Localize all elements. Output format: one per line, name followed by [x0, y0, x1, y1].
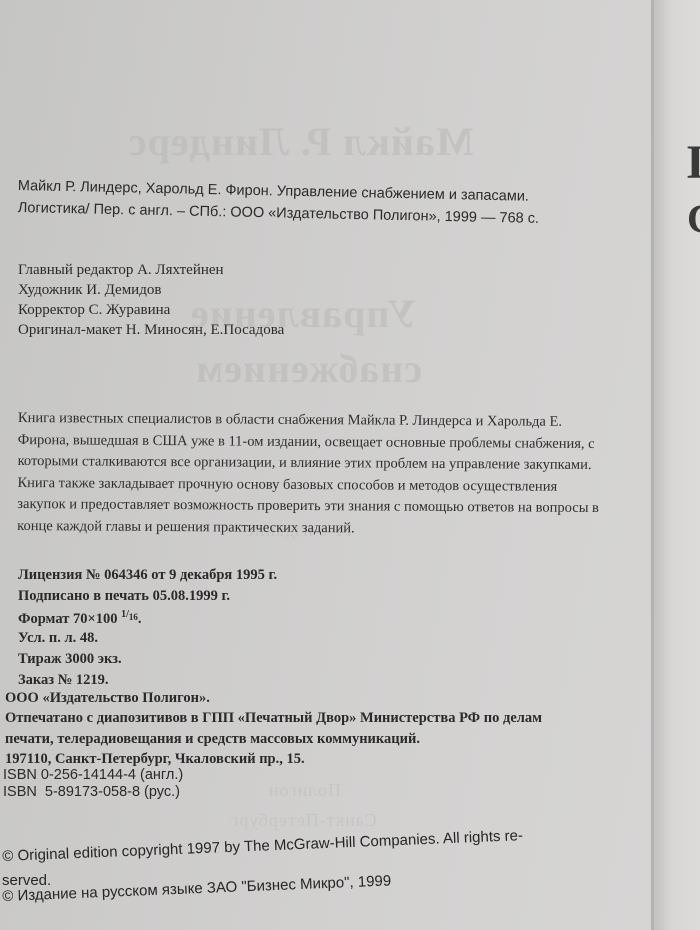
printed-sheets: Усл. п. л. 48. — [18, 630, 98, 647]
book-page: Майкл Р. Линдерс Управление снабжением 1… — [0, 0, 652, 930]
isbn-english: ISBN 0-256-14144-4 (англ.) — [3, 767, 183, 783]
print-run: Тираж 3000 экз. — [18, 651, 122, 668]
facing-page-glyph-1: I — [686, 135, 700, 190]
printed-by-line-2: печати, телерадиовещания и средств массо… — [5, 731, 420, 748]
copyright-russian: © Издание на русском языке ЗАО "Бизнес М… — [2, 872, 392, 905]
printed-by-line-1: Отпечатано с диапозитивов в ГПП «Печатны… — [5, 710, 542, 727]
facing-page-glyph-2: С — [687, 195, 700, 242]
book-abstract: Книга известных специалистов в области с… — [17, 408, 603, 541]
credit-layout: Оригинал-макет Н. Миносян, Е.Посадова — [18, 322, 284, 339]
ghost-author: Майкл Р. Линдерс — [128, 118, 474, 165]
license: Лицензия № 064346 от 9 декабря 1995 г. — [18, 567, 277, 584]
credit-proofreader: Корректор С. Журавина — [18, 302, 170, 319]
order-number: Заказ № 1219. — [18, 672, 109, 689]
signed-to-print: Подписано в печать 05.08.1999 г. — [18, 588, 230, 605]
ghost-city: Санкт-Петербург — [230, 810, 377, 831]
facing-page: I С — [654, 0, 700, 930]
ghost-title-2: снабжением — [195, 345, 422, 392]
format-fraction: 1/16 — [121, 609, 138, 620]
format-numerator: 1 — [121, 609, 126, 620]
credit-artist: Художник И. Демидов — [18, 282, 161, 299]
format: Формат 70×100 1/16. — [18, 609, 142, 628]
copyright-original-1: © Original edition copyright 1997 by The… — [2, 827, 523, 865]
biblio-line-2: Логистика/ Пер. с англ. – СПб.: ООО «Изд… — [18, 200, 539, 227]
printer-address: 197110, Санкт-Петербург, Чкаловский пр.,… — [5, 751, 305, 768]
credit-editor: Главный редактор А. Ляхтейнен — [18, 262, 224, 279]
isbn-russian: ISBN 5-89173-058-8 (рус.) — [3, 784, 180, 800]
format-suffix: . — [138, 611, 142, 627]
ghost-publisher: Полигон — [268, 780, 341, 801]
format-label: Формат 70×100 — [18, 611, 121, 627]
publisher: ООО «Издательство Полигон». — [5, 690, 210, 707]
format-denominator: 16 — [129, 612, 138, 622]
